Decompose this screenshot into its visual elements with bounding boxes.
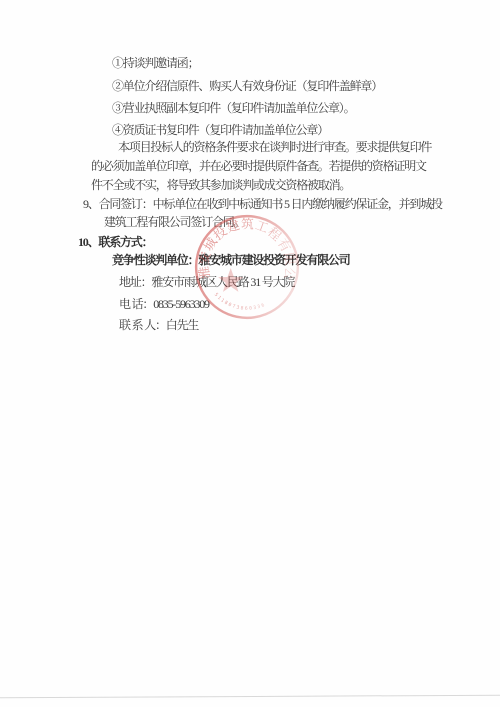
scan-page-edge [0,695,500,699]
qualification-note-line-1: 本项目投标人的资格条件要求在谈判时进行审查。要求提供复印件 [118,140,431,154]
attachment-item-2: ②单位介绍信原件、购买人有效身份证（复印件盖鲜章） [112,79,382,93]
contact-section-heading: 10、联系方式： [78,235,152,249]
contact-person-line: 联 系 人：白先生 [119,318,198,332]
attachment-item-1: ①持谈判邀请函； [112,56,198,70]
qualification-note-line-3: 件不全或不实，将导致其参加谈判或成交资格被取消。 [91,178,350,192]
scanned-document-page: ①持谈判邀请函； ②单位介绍信原件、购买人有效身份证（复印件盖鲜章） ③营业执照… [0,0,500,707]
contact-phone-line: 电 话：0835-5963309 [119,297,209,311]
attachment-item-3: ③营业执照副本复印件（复印件请加盖单位公章）。 [112,101,354,115]
contract-signing-item-line-1: 9、合同签订：中标单位在收到中标通知书 5 日内缴纳履约保证金，并到城投 [83,197,442,211]
seal-serial-number: 5118073860336 [213,292,267,312]
seal-serial-wrap: 5118073860336 [213,292,267,312]
qualification-note-line-2: 的必须加盖单位印章，并在必要时提供原件备查。若提供的资格证明文 [91,159,426,173]
contact-address-line: 地址：雅安市雨城区人民路 31 号大院 [119,275,294,289]
attachment-item-4: ④资质证书复印件（复印件请加盖单位公章） [112,123,328,137]
contract-signing-item-line-2: 建筑工程有限公司签订合同。 [104,215,244,229]
negotiation-unit-line: 竞争性谈判单位：雅安城市建设投资开发有限公司 [112,253,350,267]
